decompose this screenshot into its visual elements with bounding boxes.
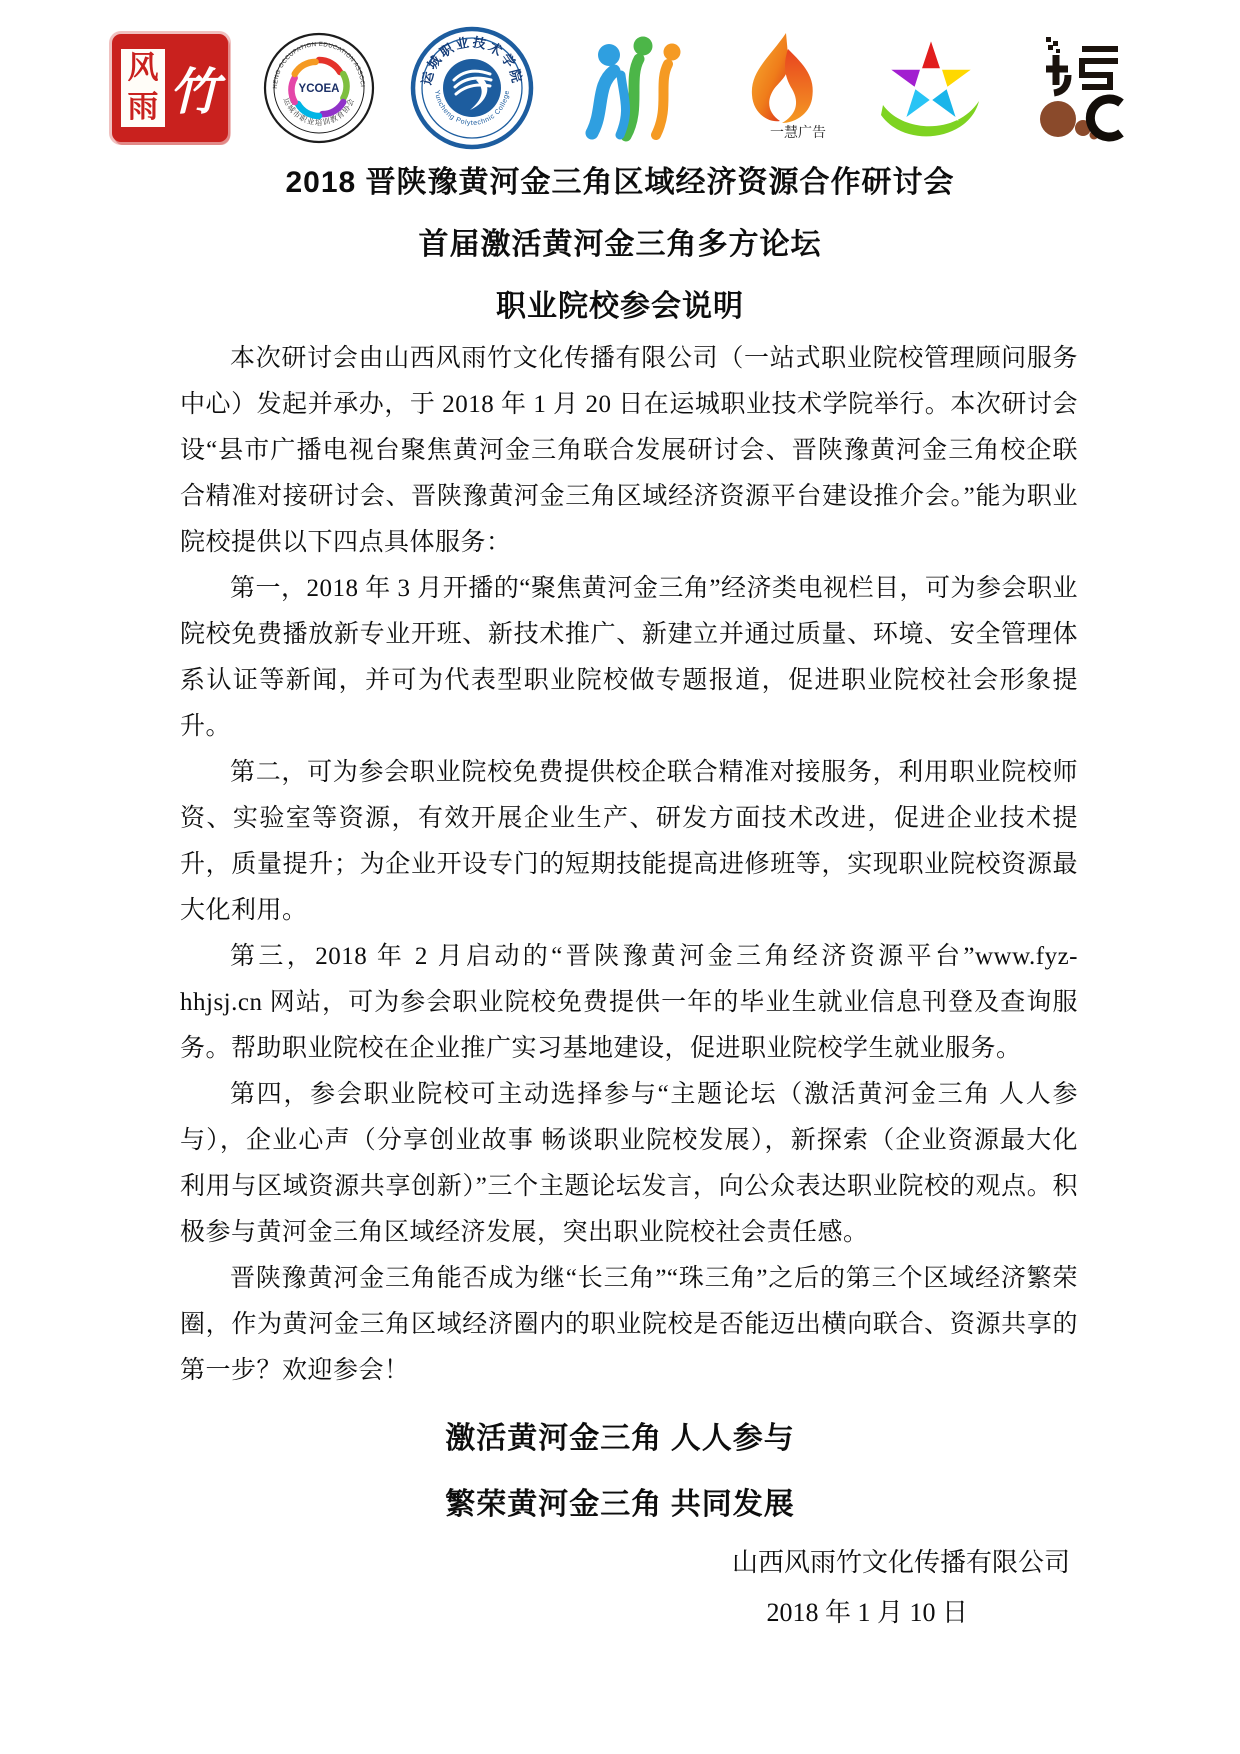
body-paragraph-intro: 本次研讨会由山西风雨竹文化传播有限公司（一站式职业院校管理顾问服务中心）发起并承… (180, 336, 1078, 566)
conference-title: 2018 晋陕豫黄河金三角区域经济资源合作研讨会 (0, 166, 1240, 200)
ycoea-association-logo: YUNCHENG OCCUPATION EDUCATION ASSOCIATIO… (263, 32, 375, 144)
document-subtitle: 职业院校参会说明 (0, 290, 1240, 324)
seal-char-feng: 风 (128, 49, 159, 88)
signature-company: 山西风雨竹文化传播有限公司 (0, 1546, 1070, 1580)
seal-right-panel: 竹 (169, 52, 219, 124)
yc-brown-logo (1026, 31, 1132, 145)
seal-char-yu: 雨 (128, 88, 159, 127)
ycoea-badge-icon: YUNCHENG OCCUPATION EDUCATION ASSOCIATIO… (263, 32, 375, 144)
flame-label-text: 一慧广告 (770, 124, 826, 140)
three-figures-logo (569, 31, 695, 145)
document-body: 本次研讨会由山西风雨竹文化传播有限公司（一站式职业院校管理顾问服务中心）发起并承… (180, 336, 1078, 1394)
yihui-ad-logo: 一慧广告 (730, 31, 834, 145)
slogan-prosper: 繁荣黄河金三角 共同发展 (0, 1486, 1240, 1524)
seal-left-panel: 风 雨 (121, 49, 165, 127)
slogan-activate: 激活黄河金三角 人人参与 (0, 1420, 1240, 1458)
seal-char-zhu: 竹 (169, 52, 219, 124)
body-paragraph-second: 第二，可为参会职业院校免费提供校企联合精准对接服务，利用职业院校师资、实验室等资… (180, 750, 1078, 934)
signature-date: 2018 年 1 月 10 日 (0, 1596, 968, 1630)
star-swoosh-logo (869, 31, 991, 145)
three-figures-icon (569, 31, 695, 145)
body-paragraph-fourth: 第四，参会职业院校可主动选择参与“主题论坛（激活黄河金三角 人人参与），企业心声… (180, 1072, 1078, 1256)
body-paragraph-first: 第一，2018 年 3 月开播的“聚焦黄河金三角”经济类电视栏目，可为参会职业院… (180, 566, 1078, 750)
body-paragraph-closing: 晋陕豫黄河金三角能否成为继“长三角”“珠三角”之后的第三个区域经济繁荣圈，作为黄… (180, 1256, 1078, 1394)
star-swoosh-icon (869, 31, 991, 145)
forum-title: 首届激活黄河金三角多方论坛 (0, 228, 1240, 262)
yc-abstract-icon (1026, 31, 1132, 145)
ycoea-acronym-text: YCOEA (299, 83, 340, 95)
yuncheng-polytechnic-logo: 运城职业技术学院 Yuncheng Polytechnic College (410, 26, 534, 150)
flame-icon: 一慧广告 (730, 31, 834, 145)
body-paragraph-third: 第三，2018 年 2 月启动的“晋陕豫黄河金三角经济资源平台”www.fyz-… (180, 934, 1078, 1072)
logo-strip: 风 雨 竹 YUNCHENG OCCUPATION EDUCATION ASSO… (112, 30, 1132, 146)
fengyuzhu-seal-logo: 风 雨 竹 (112, 34, 228, 142)
college-badge-icon: 运城职业技术学院 Yuncheng Polytechnic College (410, 26, 534, 150)
